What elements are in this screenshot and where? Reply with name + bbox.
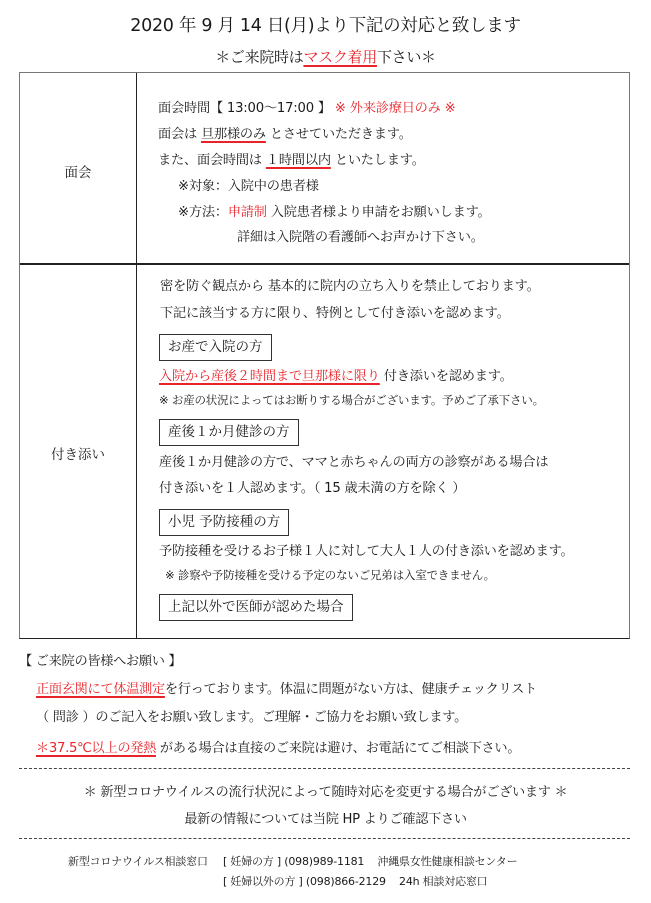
mask-notice-pre: ＊ご来院時は: [215, 48, 303, 66]
text: ※方法：: [178, 205, 228, 220]
page-title: 2020 年 9 月 14 日(月)より下記の対応と致します: [0, 12, 651, 37]
within-one-hour: １時間以内: [266, 153, 331, 168]
mask-notice: ＊ご来院時はマスク着用下さい＊: [0, 46, 651, 67]
contact-pregnant: [ 妊婦の方 ] (098)989-1181 沖縄県女性健康相談センター: [223, 853, 517, 869]
visit-method-line: ※方法：申請制 入院患者様より申請をお願いします。: [178, 201, 491, 220]
contact-phone: (098)866-2129: [306, 875, 386, 888]
dashed-divider-top: [19, 768, 630, 769]
attendance-intro-1: 密を防ぐ観点から 基本的に院内の立ち入りを禁止しております。: [160, 275, 540, 294]
case-box-childbirth: お産で入院の方: [159, 334, 272, 361]
notice-line-2: 最新の情報については当院 HP よりご確認下さい: [0, 808, 651, 827]
fever-threshold: ＊37.5℃以上の発熱: [36, 741, 156, 756]
mask-notice-post: 下さい＊: [377, 48, 436, 66]
case-box-one-month-checkup: 産後１か月健診の方: [159, 419, 299, 446]
outpatient-days-only: ※ 外来診療日のみ ※: [335, 101, 456, 116]
temperature-check: 正面玄関にて体温測定: [36, 682, 165, 697]
text: がある場合は直接のご来院は避け、お電話にてご相談下さい。: [156, 741, 520, 756]
contact-who: [ 妊婦の方 ]: [223, 855, 281, 868]
contact-non-pregnant: [ 妊婦以外の方 ] (098)866-2129 24h 相談対応窓口: [223, 873, 487, 889]
request-temperature-line: 正面玄関にて体温測定を行っております。体温に問題がない方は、健康チェックリスト: [36, 678, 537, 697]
checkup-rule-1: 産後１か月健診の方で、ママと赤ちゃんの両方の診察がある場合は: [159, 451, 548, 470]
dashed-divider-bottom: [19, 838, 630, 839]
column-divider: [136, 73, 137, 638]
case-box-vaccination: 小児 予防接種の方: [159, 509, 289, 536]
text: 入院患者様より申請をお願いします。: [267, 205, 491, 220]
text: とさせていただきます。: [266, 127, 412, 142]
visit-details-line: 詳細は入院階の看護師へお声かけ下さい。: [237, 226, 484, 245]
husband-until-2h-after: 入院から産後２時間まで旦那様に限り: [159, 369, 380, 384]
visiting-hours: 面会時間【 13:00～17:00 】: [158, 101, 331, 116]
childbirth-rule: 入院から産後２時間まで旦那様に限り 付き添いを認めます。: [159, 365, 513, 384]
contact-desc: 24h 相談対応窓口: [399, 875, 487, 888]
contact-desc: 沖縄県女性健康相談センター: [377, 855, 517, 868]
visitor-restriction-line: 面会は 旦那様のみ とさせていただきます。: [158, 123, 412, 142]
visit-duration-line: また、面会時間は １時間以内 といたします。: [158, 149, 425, 168]
attendance-intro-2: 下記に該当する方に限り、特例として付き添いを認めます。: [160, 302, 510, 321]
row-label-visiting: 面会: [20, 161, 136, 181]
text: を行っております。体温に問題がない方は、健康チェックリスト: [165, 682, 537, 697]
mask-notice-emphasis: マスク着用: [303, 48, 377, 66]
notice-line-1: ＊ 新型コロナウイルスの流行状況によって随時対応を変更する場合がございます ＊: [0, 781, 651, 800]
application-required: 申請制: [228, 205, 267, 220]
visiting-hours-line: 面会時間【 13:00～17:00 】 ※ 外来診療日のみ ※: [158, 97, 456, 116]
contact-phone: (098)989-1181: [284, 855, 364, 868]
text: また、面会時間は: [158, 153, 266, 168]
visit-target-line: ※対象：入院中の患者様: [178, 175, 319, 194]
case-box-doctor-approved: 上記以外で医師が認めた場合: [159, 594, 353, 621]
childbirth-note: ※ お産の状況によってはお断りする場合がございます。予めご了承下さい。: [159, 392, 544, 408]
vaccination-rule: 予防接種を受けるお子様１人に対して大人１人の付き添いを認めます。: [159, 540, 574, 559]
text: 付き添いを認めます。: [380, 369, 513, 384]
row-label-attendance: 付き添い: [20, 443, 136, 463]
vaccination-note: ※ 診察や予防接種を受ける予定のないご兄弟は入室できません。: [165, 567, 495, 583]
text: といたします。: [331, 153, 425, 168]
request-questionnaire-line: （ 問診 ）のご記入をお願い致します。ご理解・ご協力をお願い致します。: [36, 706, 467, 725]
policy-table: 面会 面会時間【 13:00～17:00 】 ※ 外来診療日のみ ※ 面会は 旦…: [19, 72, 630, 639]
checkup-rule-2: 付き添いを１人認めます。（ 15 歳未満の方を除く ）: [159, 477, 465, 496]
request-fever-line: ＊37.5℃以上の発熱 がある場合は直接のご来院は避け、お電話にてご相談下さい。: [36, 737, 520, 756]
contact-who: [ 妊婦以外の方 ]: [223, 875, 303, 888]
row-divider: [20, 263, 629, 265]
request-heading: 【 ご来院の皆様へお願い 】: [19, 650, 181, 669]
consultation-label: 新型コロナウイルス相談窓口: [68, 853, 208, 869]
text: 面会は: [158, 127, 201, 142]
husband-only: 旦那様のみ: [201, 127, 266, 142]
